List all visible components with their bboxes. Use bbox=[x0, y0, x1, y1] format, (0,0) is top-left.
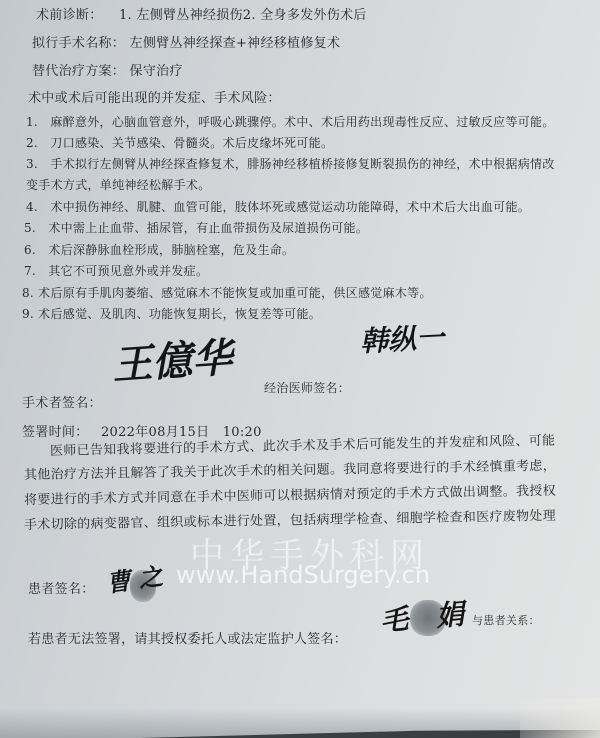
signing-time-label: 签署时间： bbox=[22, 425, 89, 440]
patient-signature-label: 患者签名： bbox=[28, 578, 95, 597]
risk-item-2: 2. 刀口感染、关节感染、骨髓炎。术后皮缘坏死可能。 bbox=[26, 134, 333, 151]
risk-item-8: 8. 术后原有手肌肉萎缩、感觉麻木不能恢复或加重可能，供区感觉麻木等。 bbox=[22, 284, 432, 301]
proxy-handwritten-signature: 毛 娟 bbox=[378, 592, 465, 639]
risk-item-1: 1. 麻醉意外，心脑血管意外，呼吸心跳骤停。术中、术后用药出现毒性反应、过敏反应… bbox=[26, 113, 555, 130]
risks-heading: 术中或术后可能出现的并发症、手术风险： bbox=[28, 87, 281, 106]
risk-item-3-cont: 变手术方式，单纯神经松解手术。 bbox=[26, 176, 211, 193]
preop-diagnosis-value: 1. 左侧臂丛神经损伤2. 全身多发外伤术后 bbox=[119, 8, 367, 23]
preop-diagnosis-label: 术前诊断： bbox=[36, 8, 103, 23]
alternative-treatment-label: 替代治疗方案： bbox=[32, 64, 125, 79]
risk-item-9: 9. 术后感觉、及肌肉、功能恢复期长，恢复差等可能。 bbox=[22, 305, 321, 322]
risk-item-4: 4. 术中损伤神经、肌腱、血管可能，肢体坏死或感觉运动功能障碍，术中术后大出血可… bbox=[26, 198, 530, 215]
proxy-signature-label: 若患者无法签署，请其授权委托人或法定监护人签名： bbox=[28, 628, 347, 647]
attending-signature-label: 经治医师签名： bbox=[264, 379, 350, 396]
patient-handwritten-signature: 曹 之 bbox=[104, 556, 165, 599]
alternative-treatment-value: 保守治疗 bbox=[130, 64, 183, 79]
surgeon-signature-label: 手术者签名： bbox=[22, 392, 102, 411]
preop-diagnosis-row: 术前诊断： 1. 左侧臂丛神经损伤2. 全身多发外伤术后 bbox=[36, 4, 367, 23]
watermark-url: www.HandSurgery.cn bbox=[176, 561, 430, 589]
attending-handwritten-signature: 韩纵一 bbox=[359, 316, 445, 360]
relation-label: 与患者关系： bbox=[472, 612, 540, 628]
planned-surgery-row: 拟行手术名称： 左侧臂丛神经探查+神经移植修复术 bbox=[32, 32, 340, 51]
risk-item-3: 3. 手术拟行左侧臂从神经探查修复术，腓肠神经移植桥接修复断裂损伤的神经，术中根… bbox=[26, 155, 555, 172]
risk-item-5: 5. 术中需上止血带、插尿管，有止血带损伤及尿道损伤可能。 bbox=[24, 219, 368, 236]
planned-surgery-label: 拟行手术名称： bbox=[32, 36, 125, 51]
consent-document-page: 术前诊断： 1. 左侧臂丛神经损伤2. 全身多发外伤术后 拟行手术名称： 左侧臂… bbox=[0, 0, 600, 738]
alternative-treatment-row: 替代治疗方案： 保守治疗 bbox=[32, 60, 183, 79]
surgeon-handwritten-signature: 王億华 bbox=[110, 326, 234, 391]
consent-paragraph-line-3: 将要进行的手术方式并同意在手术中医师可以根据病情对预定的手术方式做出调整。我授权 bbox=[24, 480, 556, 508]
risk-item-6: 6. 术后深静脉血栓形成，肺脑栓塞，危及生命。 bbox=[24, 241, 294, 258]
paper-corner bbox=[520, 698, 600, 738]
consent-paragraph-line-2: 其他治疗方法并且解答了我关于此次手术的相关问题。我同意将要进行的手术经慎重考虑， bbox=[24, 455, 556, 483]
planned-surgery-value: 左侧臂丛神经探查+神经移植修复术 bbox=[130, 36, 341, 51]
risk-item-7: 7. 其它不可预见意外或并发症。 bbox=[24, 262, 208, 279]
